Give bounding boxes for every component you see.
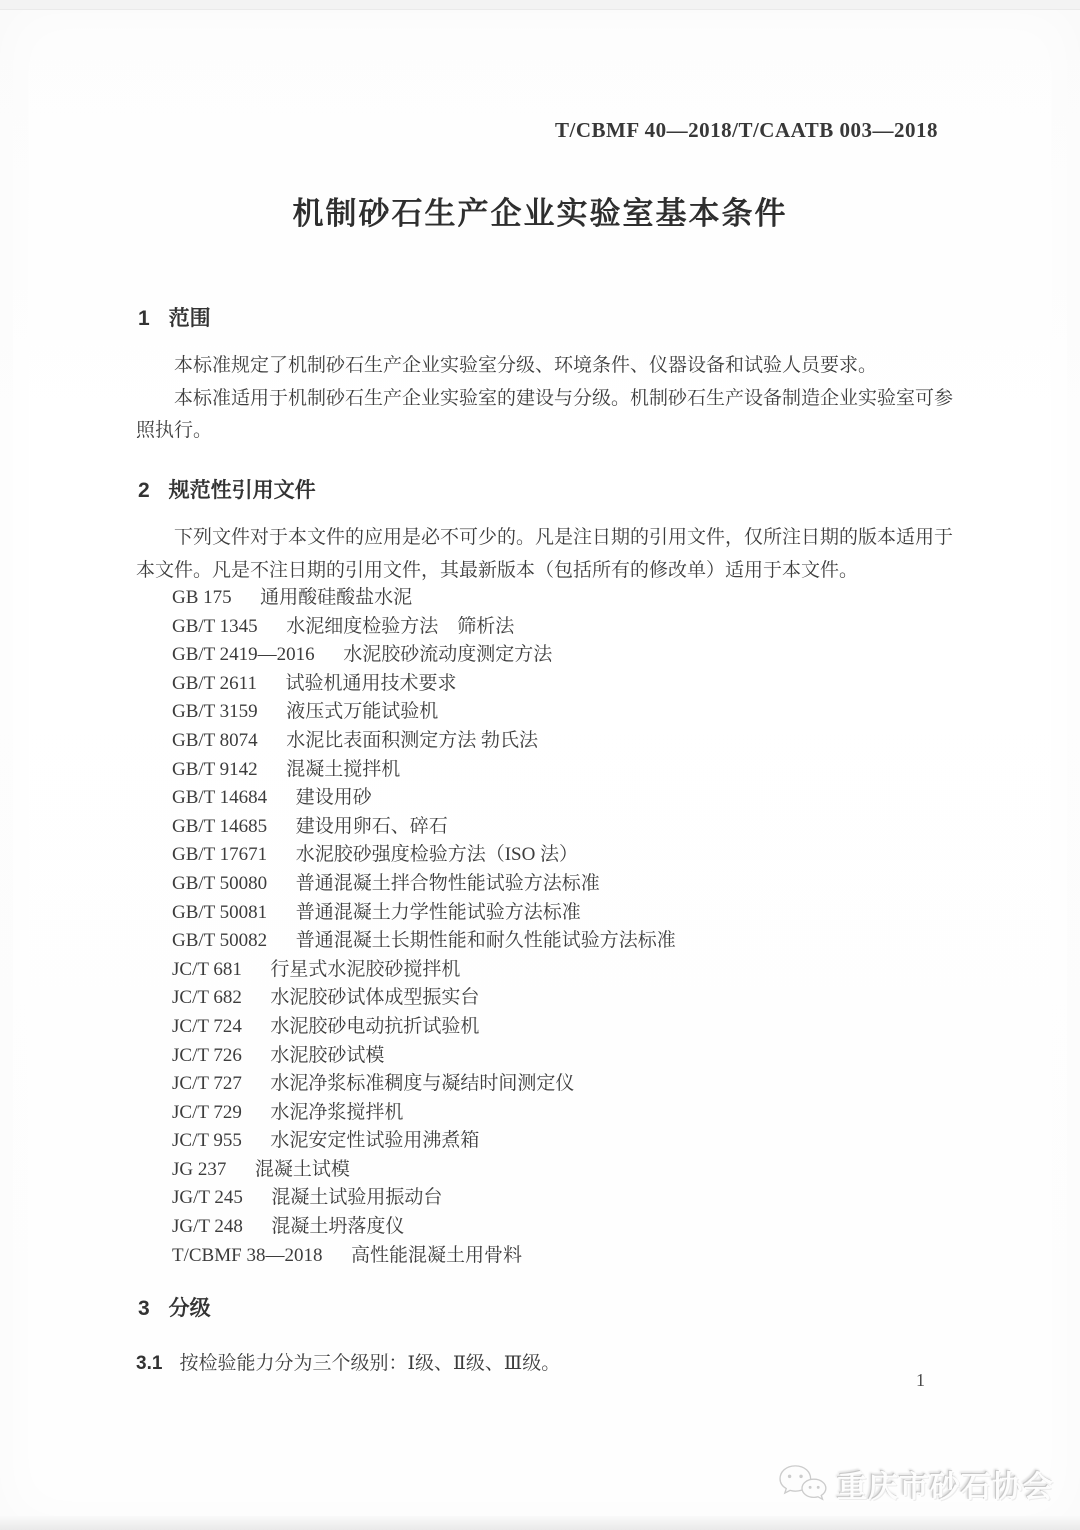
reference-code: JC/T 681 — [172, 959, 242, 980]
association-watermark: 重庆市砂石协会 — [777, 1462, 1054, 1506]
section-2-heading: 2规范性引用文件 — [138, 474, 316, 504]
reference-title: 混凝土试验用振动台 — [271, 1187, 442, 1208]
clause-3-1-text: 按检验能力分为三个级别：Ⅰ级、Ⅱ级、Ⅲ级。 — [180, 1353, 561, 1374]
clause-3-1: 3.1按检验能力分为三个级别：Ⅰ级、Ⅱ级、Ⅲ级。 — [136, 1348, 958, 1380]
reference-code: JG/T 245 — [172, 1187, 243, 1208]
scope-paragraph-2: 本标准适用于机制砂石生产企业实验室的建设与分级。机制砂石生产设备制造企业实验室可… — [136, 383, 958, 448]
reference-item: GB/T 1345水泥细度检验方法 筛析法 — [172, 613, 962, 642]
reference-title: 水泥安定性试验用沸煮箱 — [270, 1130, 479, 1151]
reference-title: 水泥细度检验方法 筛析法 — [286, 616, 514, 637]
references-list: GB 175通用酸硅酸盐水泥 GB/T 1345水泥细度检验方法 筛析法 GB/… — [172, 584, 962, 1270]
reference-code: GB/T 1345 — [172, 616, 258, 637]
reference-code: JC/T 955 — [172, 1130, 242, 1151]
reference-code: JG 237 — [172, 1159, 226, 1180]
reference-code: GB/T 3159 — [172, 701, 258, 722]
document-page: T/CBMF 40—2018/T/CAATB 003—2018 机制砂石生产企业… — [0, 0, 1080, 1530]
reference-code: JC/T 727 — [172, 1073, 242, 1094]
standard-code: T/CBMF 40—2018/T/CAATB 003—2018 — [555, 118, 938, 143]
reference-item: JC/T 724水泥胶砂电动抗折试验机 — [172, 1013, 962, 1042]
reference-title: 建设用卵石、碎石 — [296, 816, 448, 837]
reference-item: GB/T 8074水泥比表面积测定方法 勃氏法 — [172, 727, 962, 756]
clause-3-1-number: 3.1 — [136, 1353, 162, 1374]
reference-title: 水泥胶砂试模 — [270, 1045, 384, 1066]
section-3-number: 3 — [138, 1297, 150, 1320]
reference-code: GB/T 50081 — [172, 902, 267, 923]
reference-code: JC/T 729 — [172, 1102, 242, 1123]
reference-title: 行星式水泥胶砂搅拌机 — [270, 959, 460, 980]
reference-code: GB 175 — [172, 587, 232, 608]
section-2-number: 2 — [138, 479, 150, 502]
reference-code: JG/T 248 — [172, 1216, 243, 1237]
reference-code: JC/T 682 — [172, 987, 242, 1008]
reference-title: 水泥比表面积测定方法 勃氏法 — [286, 730, 538, 751]
reference-item: GB/T 2419—2016水泥胶砂流动度测定方法 — [172, 641, 962, 670]
reference-item: GB/T 50082普通混凝土长期性能和耐久性能试验方法标准 — [172, 927, 962, 956]
section-3-title: 分级 — [169, 1297, 211, 1320]
reference-item: GB/T 50081普通混凝土力学性能试验方法标准 — [172, 899, 962, 928]
references-intro-paragraph: 下列文件对于本文件的应用是必不可少的。凡是注日期的引用文件，仅所注日期的版本适用… — [136, 522, 958, 587]
reference-code: GB/T 50080 — [172, 873, 267, 894]
reference-code: GB/T 8074 — [172, 730, 258, 751]
reference-item: GB/T 2611试验机通用技术要求 — [172, 670, 962, 699]
reference-item: GB/T 14684建设用砂 — [172, 784, 962, 813]
reference-code: GB/T 2419—2016 — [172, 644, 315, 665]
reference-item: GB/T 14685建设用卵石、碎石 — [172, 813, 962, 842]
reference-item: JG/T 248混凝土坍落度仪 — [172, 1213, 962, 1242]
reference-title: 混凝土试模 — [255, 1159, 350, 1180]
reference-item: JG 237混凝土试模 — [172, 1156, 962, 1185]
reference-code: T/CBMF 38—2018 — [172, 1245, 322, 1266]
reference-item: JC/T 727水泥净浆标准稠度与凝结时间测定仪 — [172, 1070, 962, 1099]
reference-title: 水泥胶砂强度检验方法（ISO 法） — [296, 844, 578, 865]
reference-title: 水泥胶砂试体成型振实台 — [270, 987, 479, 1008]
page-title: 机制砂石生产企业实验室基本条件 — [0, 188, 1080, 233]
reference-item: GB/T 3159液压式万能试验机 — [172, 698, 962, 727]
reference-code: JC/T 724 — [172, 1016, 242, 1037]
section-1-heading: 1范围 — [138, 302, 211, 332]
reference-code: GB/T 9142 — [172, 759, 258, 780]
reference-item: JC/T 681行星式水泥胶砂搅拌机 — [172, 956, 962, 985]
bottom-strip — [0, 1516, 1080, 1530]
references-intro: 下列文件对于本文件的应用是必不可少的。凡是注日期的引用文件，仅所注日期的版本适用… — [136, 522, 958, 587]
reference-title: 水泥净浆搅拌机 — [270, 1102, 403, 1123]
wechat-icon — [777, 1463, 827, 1505]
section-1-title: 范围 — [169, 307, 211, 330]
page-number: 1 — [916, 1370, 925, 1391]
reference-item: JC/T 682水泥胶砂试体成型振实台 — [172, 984, 962, 1013]
reference-code: GB/T 2611 — [172, 673, 257, 694]
reference-title: 水泥胶砂流动度测定方法 — [343, 644, 552, 665]
reference-title: 试验机通用技术要求 — [285, 673, 456, 694]
reference-item: GB 175通用酸硅酸盐水泥 — [172, 584, 962, 613]
reference-title: 水泥净浆标准稠度与凝结时间测定仪 — [270, 1073, 574, 1094]
section-2-title: 规范性引用文件 — [169, 479, 316, 502]
section-3-heading: 3分级 — [138, 1292, 211, 1322]
reference-code: GB/T 14684 — [172, 787, 267, 808]
reference-title: 混凝土坍落度仪 — [271, 1216, 404, 1237]
reference-title: 高性能混凝土用骨料 — [351, 1245, 522, 1266]
reference-title: 水泥胶砂电动抗折试验机 — [270, 1016, 479, 1037]
reference-item: JC/T 726水泥胶砂试模 — [172, 1042, 962, 1071]
reference-title: 液压式万能试验机 — [286, 701, 438, 722]
reference-item: T/CBMF 38—2018高性能混凝土用骨料 — [172, 1242, 962, 1271]
reference-item: GB/T 9142混凝土搅拌机 — [172, 756, 962, 785]
reference-item: JC/T 955水泥安定性试验用沸煮箱 — [172, 1127, 962, 1156]
reference-code: JC/T 726 — [172, 1045, 242, 1066]
reference-title: 普通混凝土力学性能试验方法标准 — [296, 902, 581, 923]
reference-item: GB/T 17671水泥胶砂强度检验方法（ISO 法） — [172, 841, 962, 870]
scope-paragraphs: 本标准规定了机制砂石生产企业实验室分级、环境条件、仪器设备和试验人员要求。 本标… — [136, 350, 958, 448]
reference-title: 建设用砂 — [296, 787, 372, 808]
reference-item: JG/T 245混凝土试验用振动台 — [172, 1184, 962, 1213]
reference-code: GB/T 17671 — [172, 844, 267, 865]
section-1-number: 1 — [138, 307, 150, 330]
scan-edge-top — [0, 0, 1080, 10]
reference-title: 普通混凝土长期性能和耐久性能试验方法标准 — [296, 930, 676, 951]
reference-title: 通用酸硅酸盐水泥 — [260, 587, 412, 608]
reference-title: 混凝土搅拌机 — [286, 759, 400, 780]
watermark-text: 重庆市砂石协会 — [837, 1462, 1054, 1506]
reference-item: JC/T 729水泥净浆搅拌机 — [172, 1099, 962, 1128]
reference-code: GB/T 50082 — [172, 930, 267, 951]
reference-title: 普通混凝土拌合物性能试验方法标准 — [296, 873, 600, 894]
reference-item: GB/T 50080普通混凝土拌合物性能试验方法标准 — [172, 870, 962, 899]
scope-paragraph-1: 本标准规定了机制砂石生产企业实验室分级、环境条件、仪器设备和试验人员要求。 — [136, 350, 958, 383]
reference-code: GB/T 14685 — [172, 816, 267, 837]
